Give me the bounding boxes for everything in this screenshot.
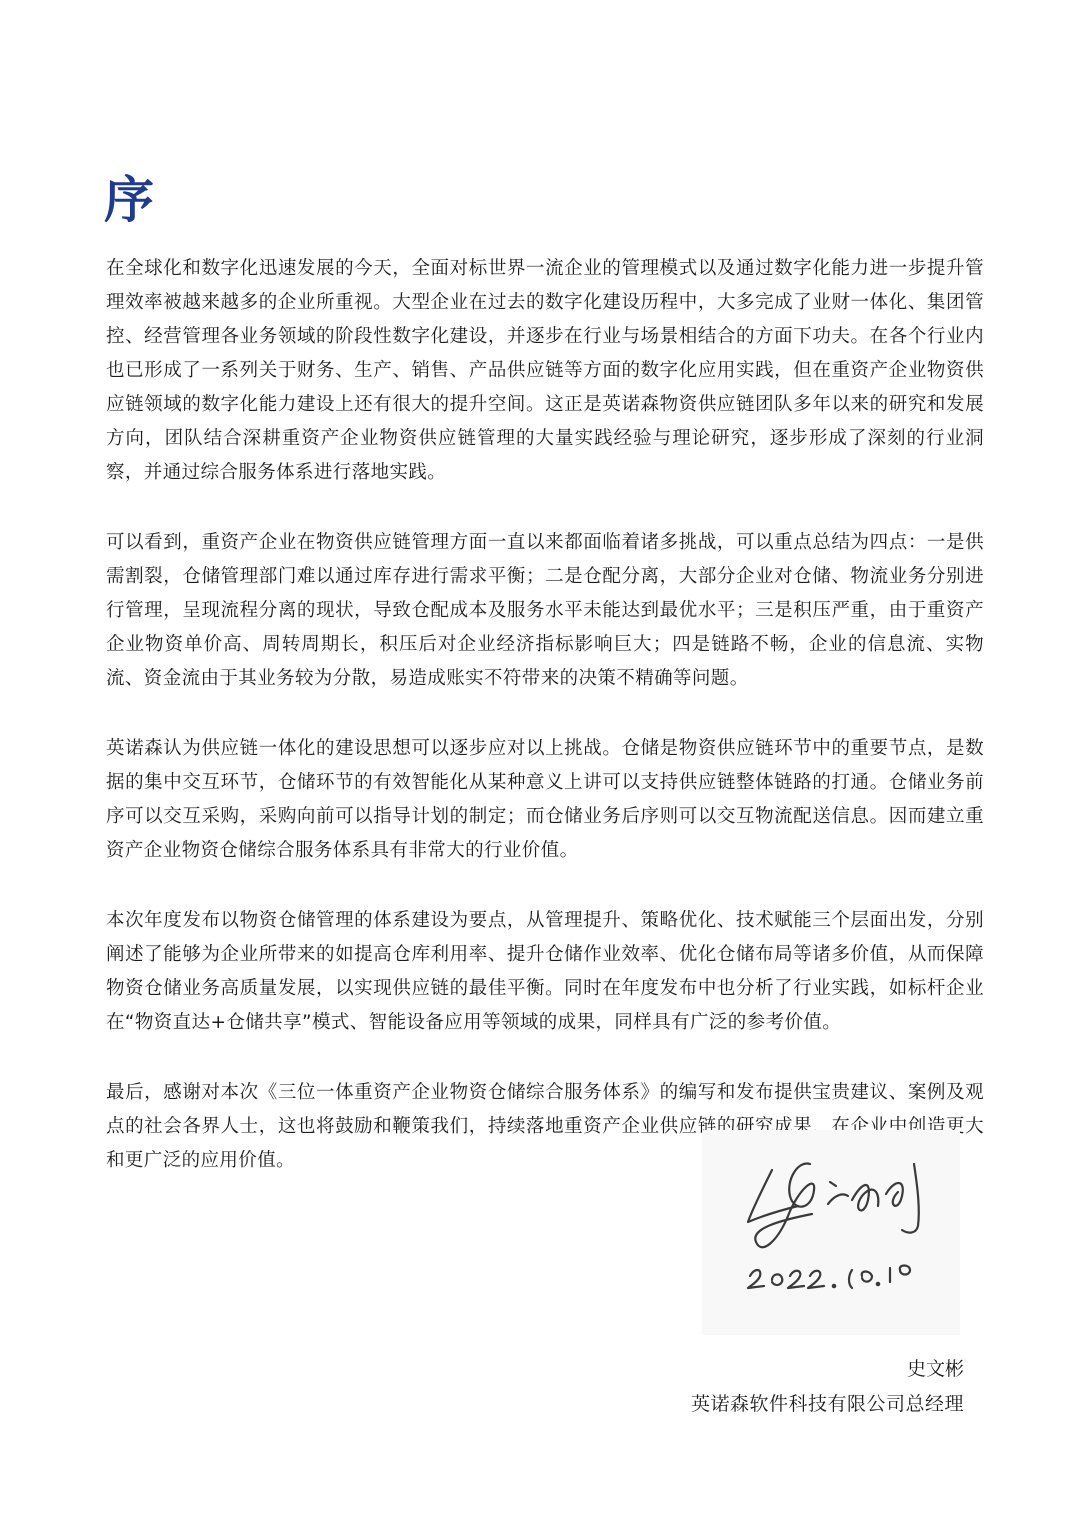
signature-scribble-icon: [702, 1130, 960, 1335]
paragraph-1: 在全球化和数字化迅速发展的今天，全面对标世界一流企业的管理模式以及通过数字化能力…: [106, 252, 984, 490]
paragraph-4: 本次年度发布以物资仓储管理的体系建设为要点，从管理提升、策略优化、技术赋能三个层…: [106, 904, 984, 1040]
preface-body: 在全球化和数字化迅速发展的今天，全面对标世界一流企业的管理模式以及通过数字化能力…: [106, 252, 984, 1214]
paragraph-3: 英诺森认为供应链一体化的建设思想可以逐步应对以上挑战。仓储是物资供应链环节中的重…: [106, 732, 984, 868]
handwritten-signature: [702, 1130, 960, 1335]
signer-position: 英诺森软件科技有限公司总经理: [691, 1391, 964, 1417]
paragraph-2: 可以看到，重资产企业在物资供应链管理方面一直以来都面临着诸多挑战，可以重点总结为…: [106, 526, 984, 696]
signer-name: 史文彬: [907, 1356, 964, 1382]
page-title: 序: [104, 170, 154, 230]
